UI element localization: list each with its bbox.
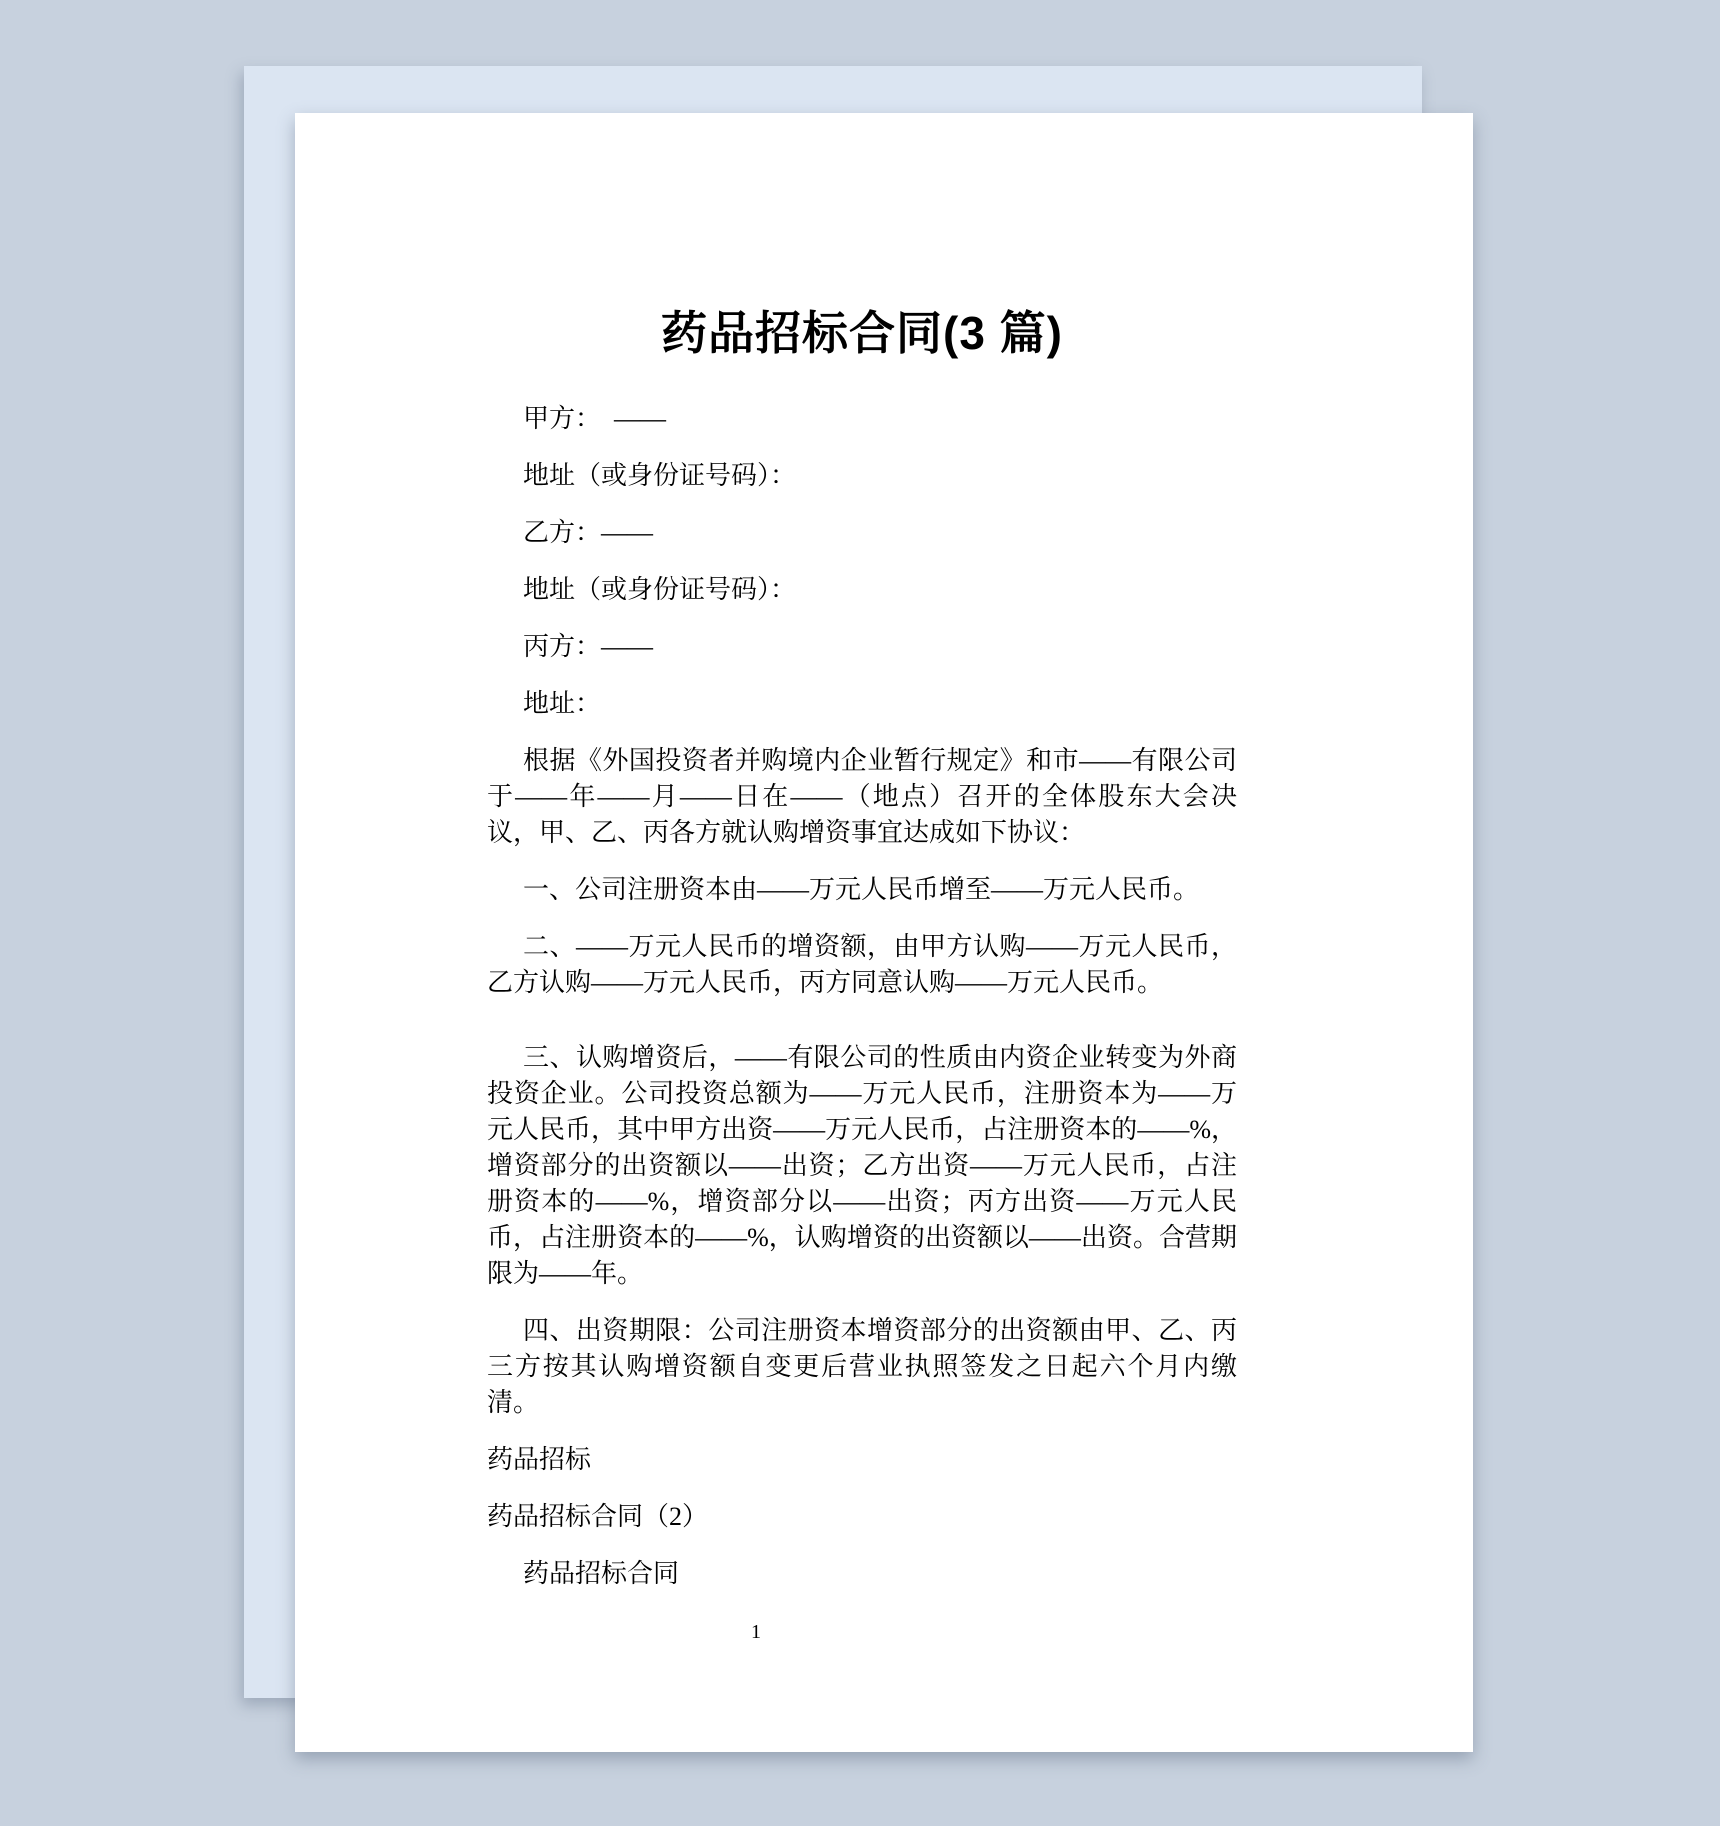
desk-background: 药品招标合同(3 篇) 甲方： —— 地址（或身份证号码）： 乙方：—— 地址（… <box>0 0 1720 1826</box>
party-c-address-line: 地址： <box>487 686 1237 722</box>
party-a-line: 甲方： —— <box>487 401 1237 437</box>
clause-4: 四、出资期限：公司注册资本增资部分的出资额由甲、乙、丙三方按其认购增资额自变更后… <box>487 1313 1237 1421</box>
subtitle-contract: 药品招标合同 <box>487 1556 1237 1592</box>
section-label-drug-bidding: 药品招标 <box>487 1442 1237 1478</box>
party-b-line: 乙方：—— <box>487 515 1237 551</box>
document-content: 药品招标合同(3 篇) 甲方： —— 地址（或身份证号码）： 乙方：—— 地址（… <box>295 113 1473 1646</box>
clause-3: 三、认购增资后，——有限公司的性质由内资企业转变为外商投资企业。公司投资总额为—… <box>487 1040 1237 1292</box>
party-b-address-line: 地址（或身份证号码）： <box>487 572 1237 608</box>
document-page: 药品招标合同(3 篇) 甲方： —— 地址（或身份证号码）： 乙方：—— 地址（… <box>295 113 1473 1752</box>
party-a-address-line: 地址（或身份证号码）： <box>487 458 1237 494</box>
clause-1: 一、公司注册资本由——万元人民币增至——万元人民币。 <box>487 872 1237 908</box>
clause-2: 二、——万元人民币的增资额，由甲方认购——万元人民币，乙方认购——万元人民币，丙… <box>487 929 1237 1001</box>
document-title: 药品招标合同(3 篇) <box>487 303 1237 363</box>
party-c-line: 丙方：—— <box>487 629 1237 665</box>
subtitle-contract-2: 药品招标合同（2） <box>487 1499 1237 1535</box>
preamble-paragraph: 根据《外国投资者并购境内企业暂行规定》和市——有限公司于——年——月——日在——… <box>487 743 1237 851</box>
page-number: 1 <box>487 1618 1237 1646</box>
